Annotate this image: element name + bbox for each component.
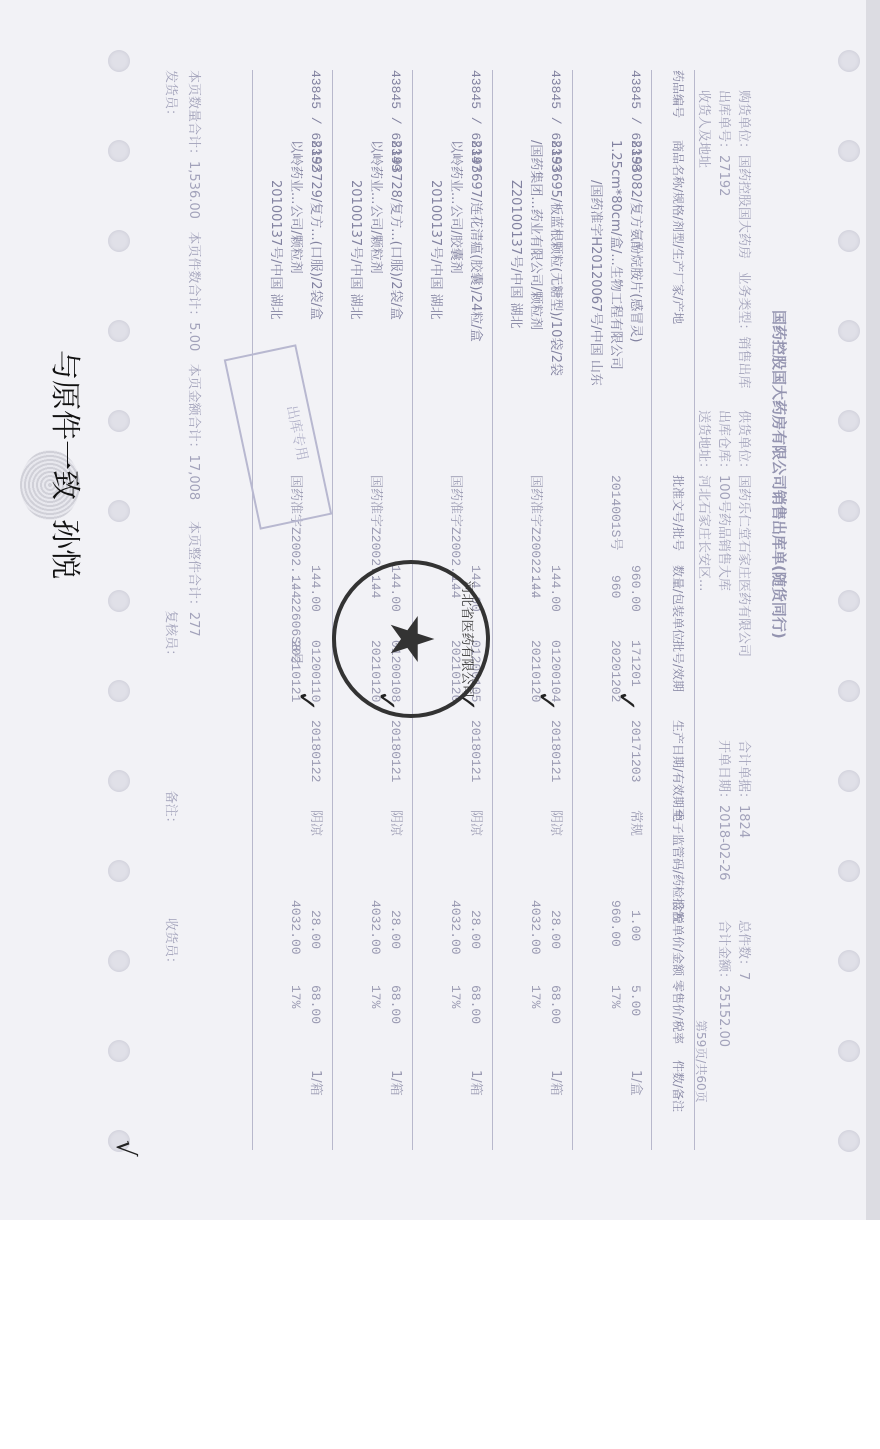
inspection-type: 阴凉 [305, 810, 325, 836]
handwritten-note: 与原件一致 孙悦 [46, 350, 90, 579]
drug-spec: /国药集团...药业有限公司/颗粒剂 [525, 140, 545, 330]
unit-price: 28.00 [385, 910, 405, 949]
inspection-type: 阴凉 [465, 810, 485, 836]
tractor-holes-bottom [106, 20, 130, 1200]
delivery-note-sheet: 国药控股国大药房有限公司销售出库单(随货同行) 第59页/共60页 购货单位：国… [100, 20, 860, 1200]
drug-spec: 以岭药业...公司/颗粒剂 [285, 140, 305, 274]
retail-price: 68.00 [545, 985, 565, 1024]
approval-no: 2014001S号 [605, 475, 625, 550]
outbound-stamp: 出库专用 [224, 344, 333, 530]
unit-price: 28.00 [465, 910, 485, 949]
scan-edge [866, 0, 880, 1220]
doc-count: 合计单据：1824 [736, 740, 755, 838]
column-header: 零售价/税率 [668, 980, 688, 1044]
total-count: 总件数：7 [736, 920, 755, 980]
address-field: 送货地址：河北石家庄长安区... [696, 410, 715, 591]
drug-name: 2193082/复方氨酚烷胺片(感冒灵) [625, 140, 645, 342]
unit-price: 28.00 [545, 910, 565, 949]
tax-rate: 17% [605, 985, 625, 1008]
column-header: 药品编号 [668, 70, 688, 118]
drug-name: 2193728/复方...(口服)/2袋/盒 [385, 140, 405, 320]
pieces: 1/箱 [385, 1070, 405, 1096]
pieces: 1/盒 [625, 1070, 645, 1096]
drug-origin: 20100137号/中国 湖北 [265, 180, 285, 320]
retail-price: 68.00 [385, 985, 405, 1024]
column-header: 批号/效期 [668, 640, 688, 692]
warehouse-field: 出库仓库：100号药品销售大库 [716, 410, 735, 591]
tax-rate: 17% [445, 985, 465, 1008]
inspection-type: 常规 [625, 810, 645, 836]
drug-spec: 1.25cm*80cm/盒/...生物工程有限公司 [605, 140, 625, 370]
pieces: 1/箱 [305, 1070, 325, 1096]
page-indicator: 第59页/共60页 [693, 1020, 710, 1103]
retail-price: 68.00 [305, 985, 325, 1024]
outbound-no-field: 出库单号：27192 [716, 90, 735, 196]
pieces: 1/箱 [465, 1070, 485, 1096]
amount: 960.00 [605, 900, 625, 947]
supplier-field: 供货单位：国药乐仁堂石家庄医药有限公司 [736, 410, 755, 657]
quantity: 960.00 [625, 565, 645, 612]
batch-no: 171201 [625, 640, 645, 687]
mfg-date: 20171203 [625, 720, 645, 782]
retail-price: 5.00 [625, 985, 645, 1016]
column-header: 数量/包装单位 [668, 565, 688, 641]
consignee-field: 收货人及地址 [696, 90, 715, 168]
amount: 4032.00 [285, 900, 305, 955]
mfg-date: 20180121 [545, 720, 565, 782]
checkmark-icon: ✓ [611, 690, 641, 712]
mfg-date: 20180121 [465, 720, 485, 782]
drug-spec: 以岭药业...公司/颗粒剂 [365, 140, 385, 274]
drug-origin: Z20100137号/中国 湖北 [505, 180, 525, 329]
quantity-units: 144 [525, 575, 545, 598]
checkmark-icon: ✓ [291, 690, 321, 712]
company-seal-stamp: 河北省医药有限公司 ★ [332, 560, 490, 718]
column-header: 生产日期/有效期至 [668, 720, 688, 820]
tractor-holes-top [836, 20, 860, 1200]
column-header: 商品名称/规格/剂型/生产厂家/产地 [668, 140, 688, 324]
drug-origin: /国药准字H20120067号/中国 山东 [585, 180, 605, 386]
footer-signatures: 发货员： 复核员： 备注： 收货员： [163, 70, 182, 970]
pieces: 1/箱 [545, 1070, 565, 1096]
quantity-units: 960 [605, 575, 625, 598]
column-header: 含税单价/金额 [668, 900, 688, 976]
inspection-type: 阴凉 [385, 810, 405, 836]
scanned-page: 国药控股国大药房有限公司销售出库单(随货同行) 第59页/共60页 购货单位：国… [0, 0, 880, 1220]
inspection-type: 阴凉 [545, 810, 565, 836]
tax-rate: 17% [525, 985, 545, 1008]
document-title: 国药控股国大药房有限公司销售出库单(随货同行) [769, 310, 790, 639]
drug-name: 2193697/连花清瘟(胶囊)/24粒/盒 [465, 140, 485, 342]
unit-price: 1.00 [625, 910, 645, 941]
customer-field: 购货单位：国药控股国大药房 业务类型：销售出库 [736, 90, 755, 388]
handwritten-corner-mark: √ [110, 1140, 140, 1157]
column-header: 件数/备注 [668, 1060, 688, 1112]
total-amount: 合计金额：25152.00 [716, 920, 735, 1047]
amount: 4032.00 [525, 900, 545, 955]
open-date: 开单日期：2018-02-26 [716, 740, 735, 881]
quantity: 144.00 [545, 565, 565, 612]
drug-spec: 以岭药业...公司/胶囊剂 [445, 140, 465, 274]
amount: 4032.00 [365, 900, 385, 955]
tax-rate: 17% [365, 985, 385, 1008]
drug-name: 2193729/复方...(口服)/2袋/盒 [305, 140, 325, 320]
drug-origin: 20100137号/中国 湖北 [425, 180, 445, 320]
mfg-date: 20180122 [305, 720, 325, 782]
tax-rate: 17% [285, 985, 305, 1008]
drug-name: 2193695/板蓝根颗粒(无糖型)/10袋/2袋 [545, 140, 565, 376]
amount: 4032.00 [445, 900, 465, 955]
quantity: 144.00 [305, 565, 325, 612]
mfg-date: 20180121 [385, 720, 405, 782]
column-header: 批准文号/批号 [668, 475, 688, 551]
quantity-units: 144 [285, 575, 305, 598]
checkmark-icon: ✓ [531, 690, 561, 712]
footer-totals: 本页数量合计：1,536.00 本页件数合计：5.00 本页金额合计：17,00… [186, 70, 205, 637]
retail-price: 68.00 [465, 985, 485, 1024]
drug-origin: 20100137号/中国 湖北 [345, 180, 365, 320]
unit-price: 28.00 [305, 910, 325, 949]
